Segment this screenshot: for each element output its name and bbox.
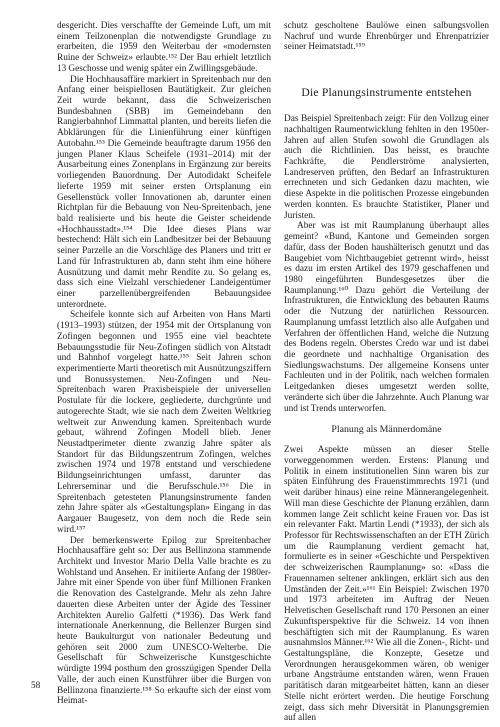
subsection-heading: Planung als Männerdomäne	[284, 424, 489, 435]
body-paragraph: schutz gescholtene Baulöwe einen salbung…	[284, 21, 489, 53]
body-paragraph: Der bemerkenswerte Epilog zur Spreitenba…	[57, 536, 271, 708]
body-paragraph: Die Hochhausaffäre markiert in Spreitenb…	[57, 75, 271, 311]
body-paragraph: Aber was ist mit Raumplanung überhaupt a…	[284, 221, 489, 414]
body-paragraph: Zwei Aspekte müssen an dieser Stelle vor…	[284, 445, 489, 724]
body-paragraph: Das Beispiel Spreitenbach zeigt: Für den…	[284, 114, 489, 221]
left-text-column: desgericht. Dies verschaffte der Gemeind…	[57, 21, 271, 724]
body-paragraph: Scheifele konnte sich auf Arbeiten von H…	[57, 310, 271, 535]
text-columns: desgericht. Dies verschaffte der Gemeind…	[57, 21, 489, 724]
body-paragraph: desgericht. Dies verschaffte der Gemeind…	[57, 21, 271, 75]
page-number: 58	[31, 681, 40, 692]
section-heading: Die Planungsinstrumente entstehen	[284, 86, 489, 99]
right-text-column: schutz gescholtene Baulöwe einen salbung…	[284, 21, 489, 724]
